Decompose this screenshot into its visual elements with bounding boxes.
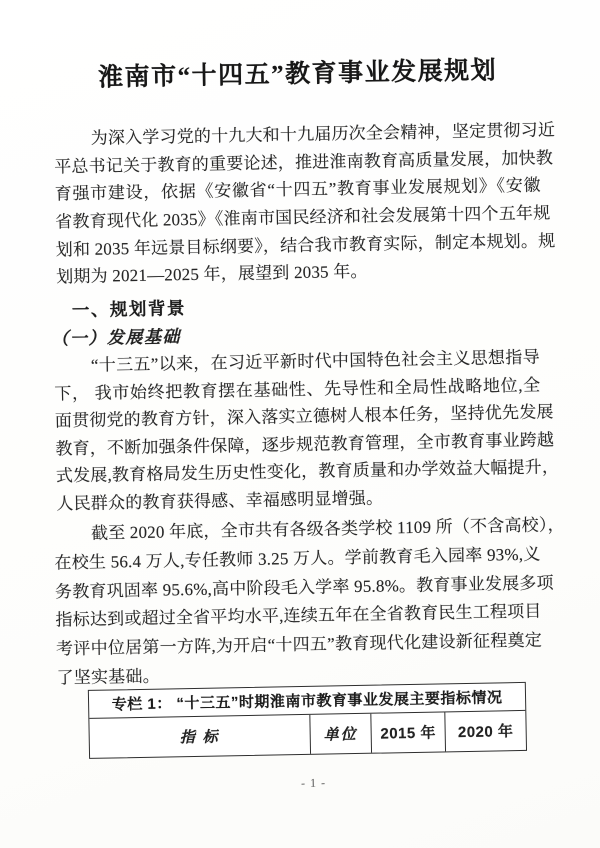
section-heading-2: （一）发展基础: [51, 325, 181, 351]
section-heading-1: 一、规划背景: [72, 296, 186, 322]
page-content: 淮南市“十四五”教育事业发展规划 为深入学习党的十九大和十九届历次全会精神，坚定…: [0, 0, 600, 848]
intro-paragraph: 为深入学习党的十九大和十九届历次全会精神，坚定贯彻习近 平总书记关于教育的重要论…: [53, 117, 542, 292]
table-header-row: 指 标 单位 2015 年 2020 年: [89, 711, 526, 758]
header-cell-indicator: 指 标: [89, 715, 310, 758]
achievements-paragraph: 截至 2020 年底，全市共有各级各类学校 1109 所（不含高校）， 在校生 …: [54, 512, 543, 694]
header-cell-2020: 2020 年: [444, 711, 526, 751]
header-cell-unit: 单位: [309, 714, 371, 754]
document-title: 淮南市“十四五”教育事业发展规划: [0, 53, 598, 96]
development-basis-paragraph: “十三五”以来，在习近平新时代中国特色社会主义思想指导 下， 我市始终把教育摆在…: [54, 344, 543, 518]
header-cell-2015: 2015 年: [370, 712, 445, 752]
scanned-page: 淮南市“十四五”教育事业发展规划 为深入学习党的十九大和十九届历次全会精神，坚定…: [0, 0, 600, 848]
page-number: - 1 -: [292, 775, 334, 791]
indicator-table: 专栏 1： “十三五”时期淮南市教育事业发展主要指标情况 指 标 单位 2015…: [88, 682, 527, 759]
